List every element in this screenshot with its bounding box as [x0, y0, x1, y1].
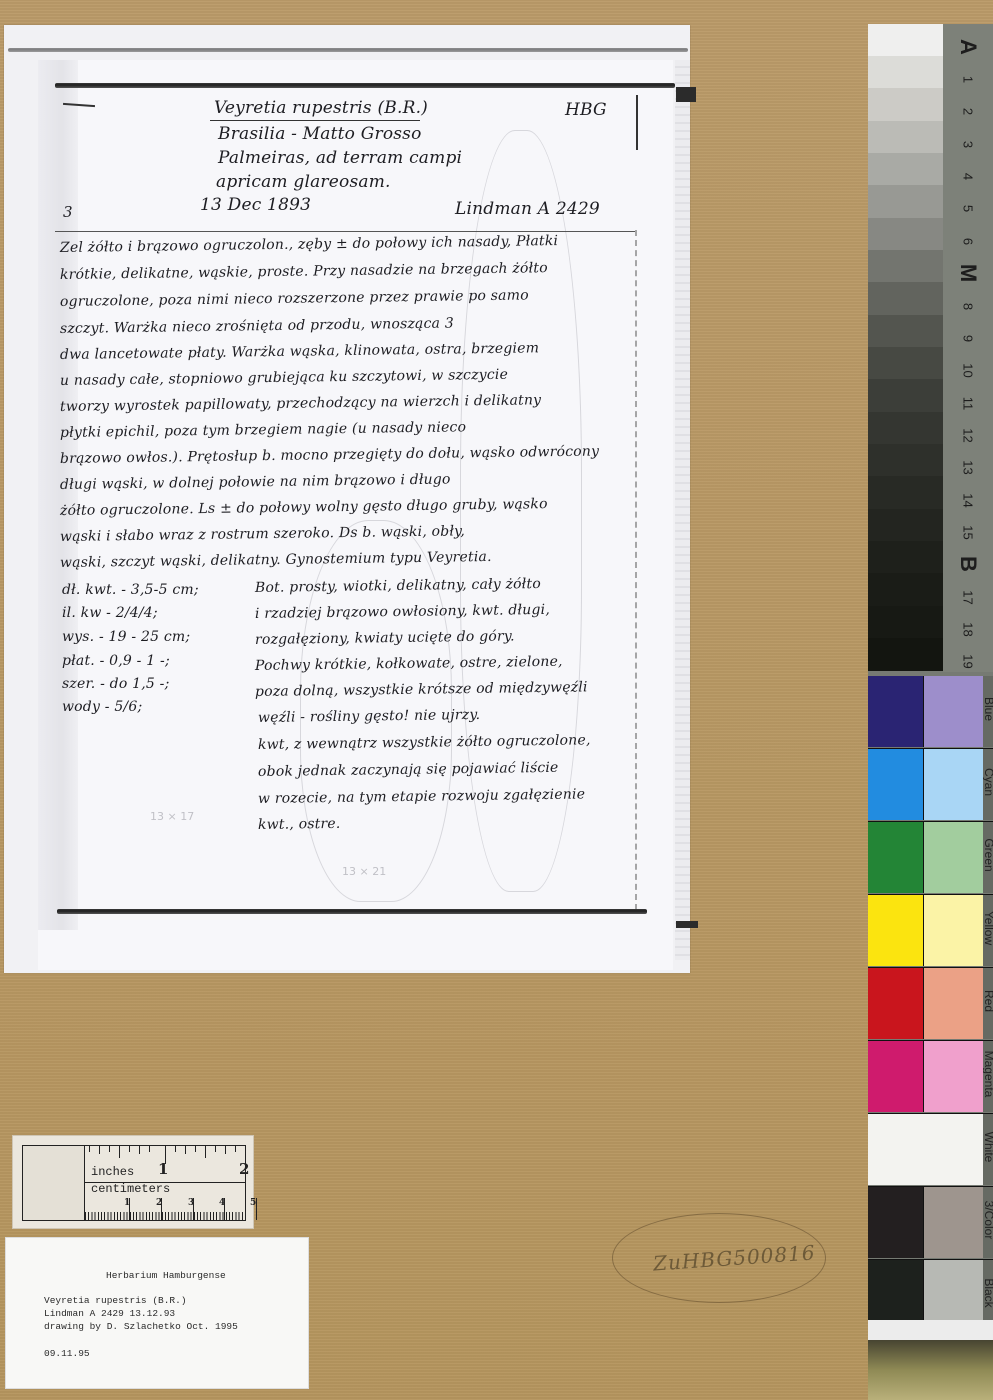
photocopy-corner-mark — [676, 87, 696, 102]
habitat-line: apricam glareosam. — [216, 172, 391, 192]
inch-tick — [129, 1146, 130, 1152]
cyan-patch — [868, 749, 924, 820]
gray-patch — [868, 121, 943, 153]
gray-patch — [868, 185, 943, 218]
color-name-label: Red — [983, 968, 993, 1039]
title-underline — [210, 120, 420, 121]
photocopy-artifact-line — [8, 48, 688, 52]
herbarium-code: HBG — [565, 100, 607, 120]
photocopy-bottom-border — [57, 909, 647, 914]
grayscale-strip — [868, 24, 943, 672]
gray-patch — [868, 88, 943, 121]
gray-patch — [868, 282, 943, 315]
color-name: Cyan — [983, 752, 993, 812]
ruler-blank-area — [23, 1146, 85, 1220]
species-name: Veyretia rupestris (B.R.) — [44, 1295, 187, 1306]
gray-patch — [868, 56, 943, 88]
inch-tick — [139, 1146, 140, 1154]
color-name-label: Green — [983, 822, 993, 893]
gray-patch — [868, 476, 943, 509]
inch-tick — [215, 1146, 216, 1152]
header-rule — [55, 231, 635, 232]
inch-tick — [225, 1146, 226, 1154]
photocopy-shadow-band — [675, 60, 690, 960]
color-name-label: Cyan — [983, 749, 993, 820]
inch-tick — [185, 1146, 186, 1154]
collection-info: Lindman A 2429 13.12.93 — [44, 1308, 175, 1319]
color-name: Blue — [983, 679, 993, 739]
neutral-gray-patch — [924, 1187, 983, 1258]
color-name-label: Magenta — [983, 1041, 993, 1112]
gray-patch — [868, 218, 943, 250]
scan-edge-shadow — [868, 1340, 993, 1400]
red-patch — [868, 968, 924, 1039]
color-name: Red — [983, 971, 993, 1031]
inch-mark: 2 — [239, 1160, 249, 1178]
inch-tick — [109, 1146, 110, 1152]
inch-mark: 1 — [158, 1160, 168, 1178]
measurement-item: szer. - do 1,5 -; — [62, 676, 169, 692]
gray-patch — [868, 412, 943, 444]
institution-name: Herbarium Hamburgense — [106, 1270, 226, 1281]
gray-patch — [868, 573, 943, 606]
ruler-frame: inches 1 2 centimeters 1 2 3 4 5 — [22, 1145, 246, 1221]
light-magenta-patch — [924, 1041, 983, 1112]
color-name-label: Yellow — [983, 895, 993, 966]
gray-patch — [868, 250, 943, 282]
stem-description-line: węźli - rośliny gęsto! nie ujrzy. — [258, 707, 480, 726]
measurement-item: il. kw - 2/4/4; — [62, 605, 158, 621]
color-name: Black — [983, 1263, 993, 1323]
inch-tick — [99, 1146, 100, 1154]
magenta-patch — [868, 1041, 924, 1112]
page-number: 3 — [63, 203, 73, 221]
photocopy-corner-mark — [676, 921, 698, 928]
measurement-item: płat. - 0,9 - 1 -; — [62, 653, 170, 669]
gray-patch — [868, 379, 943, 412]
inch-tick — [205, 1146, 206, 1158]
3color-patch — [868, 1187, 924, 1258]
color-calibration-chart: A 1 2 3 4 5 6 M 8 9 10 11 12 13 14 15 B … — [868, 24, 993, 1400]
locality-line: Brasilia - Matto Grosso — [218, 124, 422, 144]
color-name-label: White — [983, 1114, 993, 1185]
gray-patch — [868, 347, 943, 379]
measurement-item: dł. kwt. - 3,5-5 cm; — [62, 582, 199, 598]
inches-label: inches — [91, 1165, 134, 1179]
light-yellow-patch — [924, 895, 983, 966]
gray-patch — [868, 606, 943, 638]
light-green-patch — [924, 822, 983, 893]
scale-ruler-label: inches 1 2 centimeters 1 2 3 4 5 — [12, 1135, 254, 1229]
color-name-label: 3/Color — [983, 1187, 993, 1258]
inch-tick — [149, 1146, 150, 1152]
color-name-label: Blue — [983, 676, 993, 747]
color-row-white: White — [868, 1114, 993, 1187]
stem-description-line: kwt., ostre. — [258, 816, 341, 833]
gray-patch — [868, 315, 943, 347]
color-name: White — [983, 1117, 993, 1177]
photocopy-top-border — [55, 83, 675, 88]
gray-patch — [868, 509, 943, 541]
color-row-magenta: Magenta — [868, 1041, 993, 1114]
blue-patch — [868, 676, 924, 747]
color-row-red: Red — [868, 968, 993, 1041]
color-name: Green — [983, 825, 993, 885]
gray-patch — [868, 638, 943, 671]
mm-ticks — [85, 1212, 245, 1220]
color-row-yellow: Yellow — [868, 895, 993, 968]
inch-tick — [119, 1146, 120, 1158]
gray-patch — [868, 24, 943, 56]
inch-tick — [175, 1146, 176, 1152]
light-red-patch — [924, 968, 983, 1039]
drawing-credit: drawing by D. Szlachetko Oct. 1995 — [44, 1321, 238, 1332]
locality-line: Palmeiras, ad terram campi — [218, 148, 462, 168]
label-date: 09.11.95 — [44, 1348, 90, 1359]
gray-patch — [868, 153, 943, 185]
light-cyan-patch — [924, 749, 983, 820]
species-title: Veyretia rupestris (B.R.) — [214, 98, 428, 118]
measurement-item: wys. - 19 - 25 cm; — [62, 629, 190, 645]
gray-patch — [868, 541, 943, 573]
color-row-cyan: Cyan — [868, 749, 993, 822]
photocopy-shadow-band — [38, 60, 78, 930]
inch-tick — [195, 1146, 196, 1152]
color-row-3color: 3/Color — [868, 1187, 993, 1260]
centimeters-label: centimeters — [91, 1182, 170, 1196]
margin-line-dotted — [635, 230, 639, 910]
barcode-stamp: ZuHBG500816 — [612, 1213, 826, 1303]
chart-footer-strip — [868, 1320, 993, 1340]
color-row-green: Green — [868, 822, 993, 895]
sketch-label: 13 × 21 — [342, 865, 386, 878]
color-row-blue: Blue — [868, 676, 993, 749]
inch-tick — [235, 1146, 236, 1152]
herbarium-label: Herbarium Hamburgense Veyretia rupestris… — [5, 1237, 309, 1389]
color-patches: Blue Cyan Green Yellow Red Magenta — [868, 676, 993, 1333]
yellow-patch — [868, 895, 924, 966]
color-name: Yellow — [983, 898, 993, 958]
collection-date: 13 Dec 1893 — [200, 195, 311, 215]
collector-number: Lindman A 2429 — [455, 199, 600, 219]
light-blue-patch — [924, 676, 983, 747]
cm-tick — [256, 1198, 257, 1220]
sketch-label: 13 × 17 — [150, 810, 194, 823]
gray-patch — [868, 444, 943, 476]
margin-line — [636, 95, 638, 150]
stamp-barcode-text: ZuHBG500816 — [652, 1240, 816, 1275]
measurement-item: wody - 5/6; — [62, 699, 142, 715]
color-name: 3/Color — [983, 1190, 993, 1250]
white-patch — [868, 1114, 983, 1185]
green-patch — [868, 822, 924, 893]
color-name: Magenta — [983, 1044, 993, 1104]
inch-tick — [89, 1146, 90, 1152]
grayscale-labels: A 1 2 3 4 5 6 M 8 9 10 11 12 13 14 15 B … — [943, 24, 993, 672]
